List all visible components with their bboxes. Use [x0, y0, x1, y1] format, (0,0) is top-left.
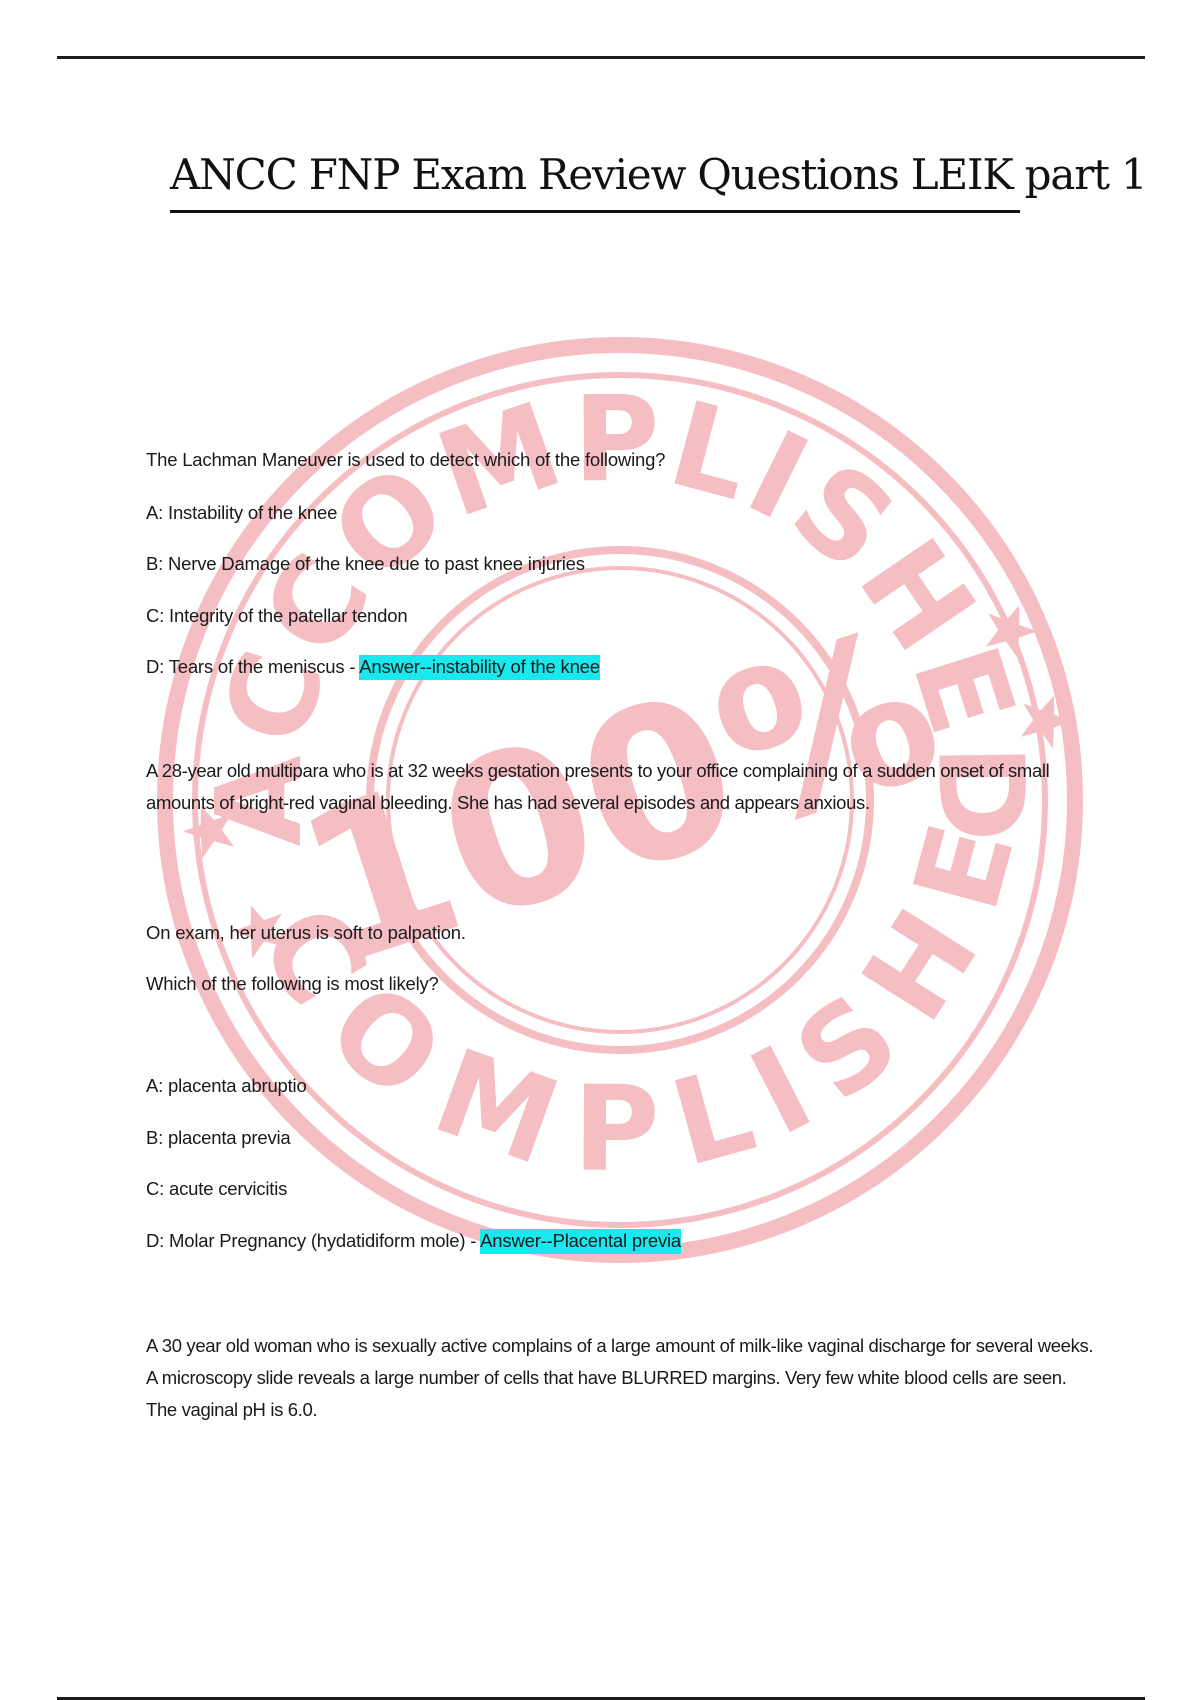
question-2-answer: Answer--Placental previa [480, 1229, 681, 1254]
question-2-option-c: C: acute cervicitis [146, 1178, 287, 1200]
page-top-rule [57, 56, 1145, 59]
question-2-option-d: D: Molar Pregnancy (hydatidiform mole) -… [146, 1230, 681, 1252]
question-1-option-d: D: Tears of the meniscus - Answer--insta… [146, 656, 600, 678]
question-1-option-b: B: Nerve Damage of the knee due to past … [146, 553, 585, 575]
question-2-stem: A 28-year old multipara who is at 32 wee… [146, 755, 1086, 819]
question-1-option-d-text: D: Tears of the meniscus - [146, 656, 359, 677]
question-1-answer: Answer--instability of the knee [359, 655, 600, 680]
question-2-option-b: B: placenta previa [146, 1127, 291, 1149]
document-title: ANCC FNP Exam Review Questions LEIK part… [170, 150, 1020, 199]
question-2-prompt: Which of the following is most likely? [146, 973, 439, 995]
question-1-option-a: A: Instability of the knee [146, 502, 337, 524]
question-1-stem: The Lachman Maneuver is used to detect w… [146, 449, 665, 471]
question-1-option-c: C: Integrity of the patellar tendon [146, 605, 407, 627]
question-2-option-a: A: placenta abruptio [146, 1075, 307, 1097]
question-2-option-d-text: D: Molar Pregnancy (hydatidiform mole) - [146, 1230, 480, 1251]
question-3-stem: A 30 year old woman who is sexually acti… [146, 1330, 1096, 1426]
question-2-exam-note: On exam, her uterus is soft to palpation… [146, 922, 466, 944]
title-underline [170, 210, 1020, 213]
